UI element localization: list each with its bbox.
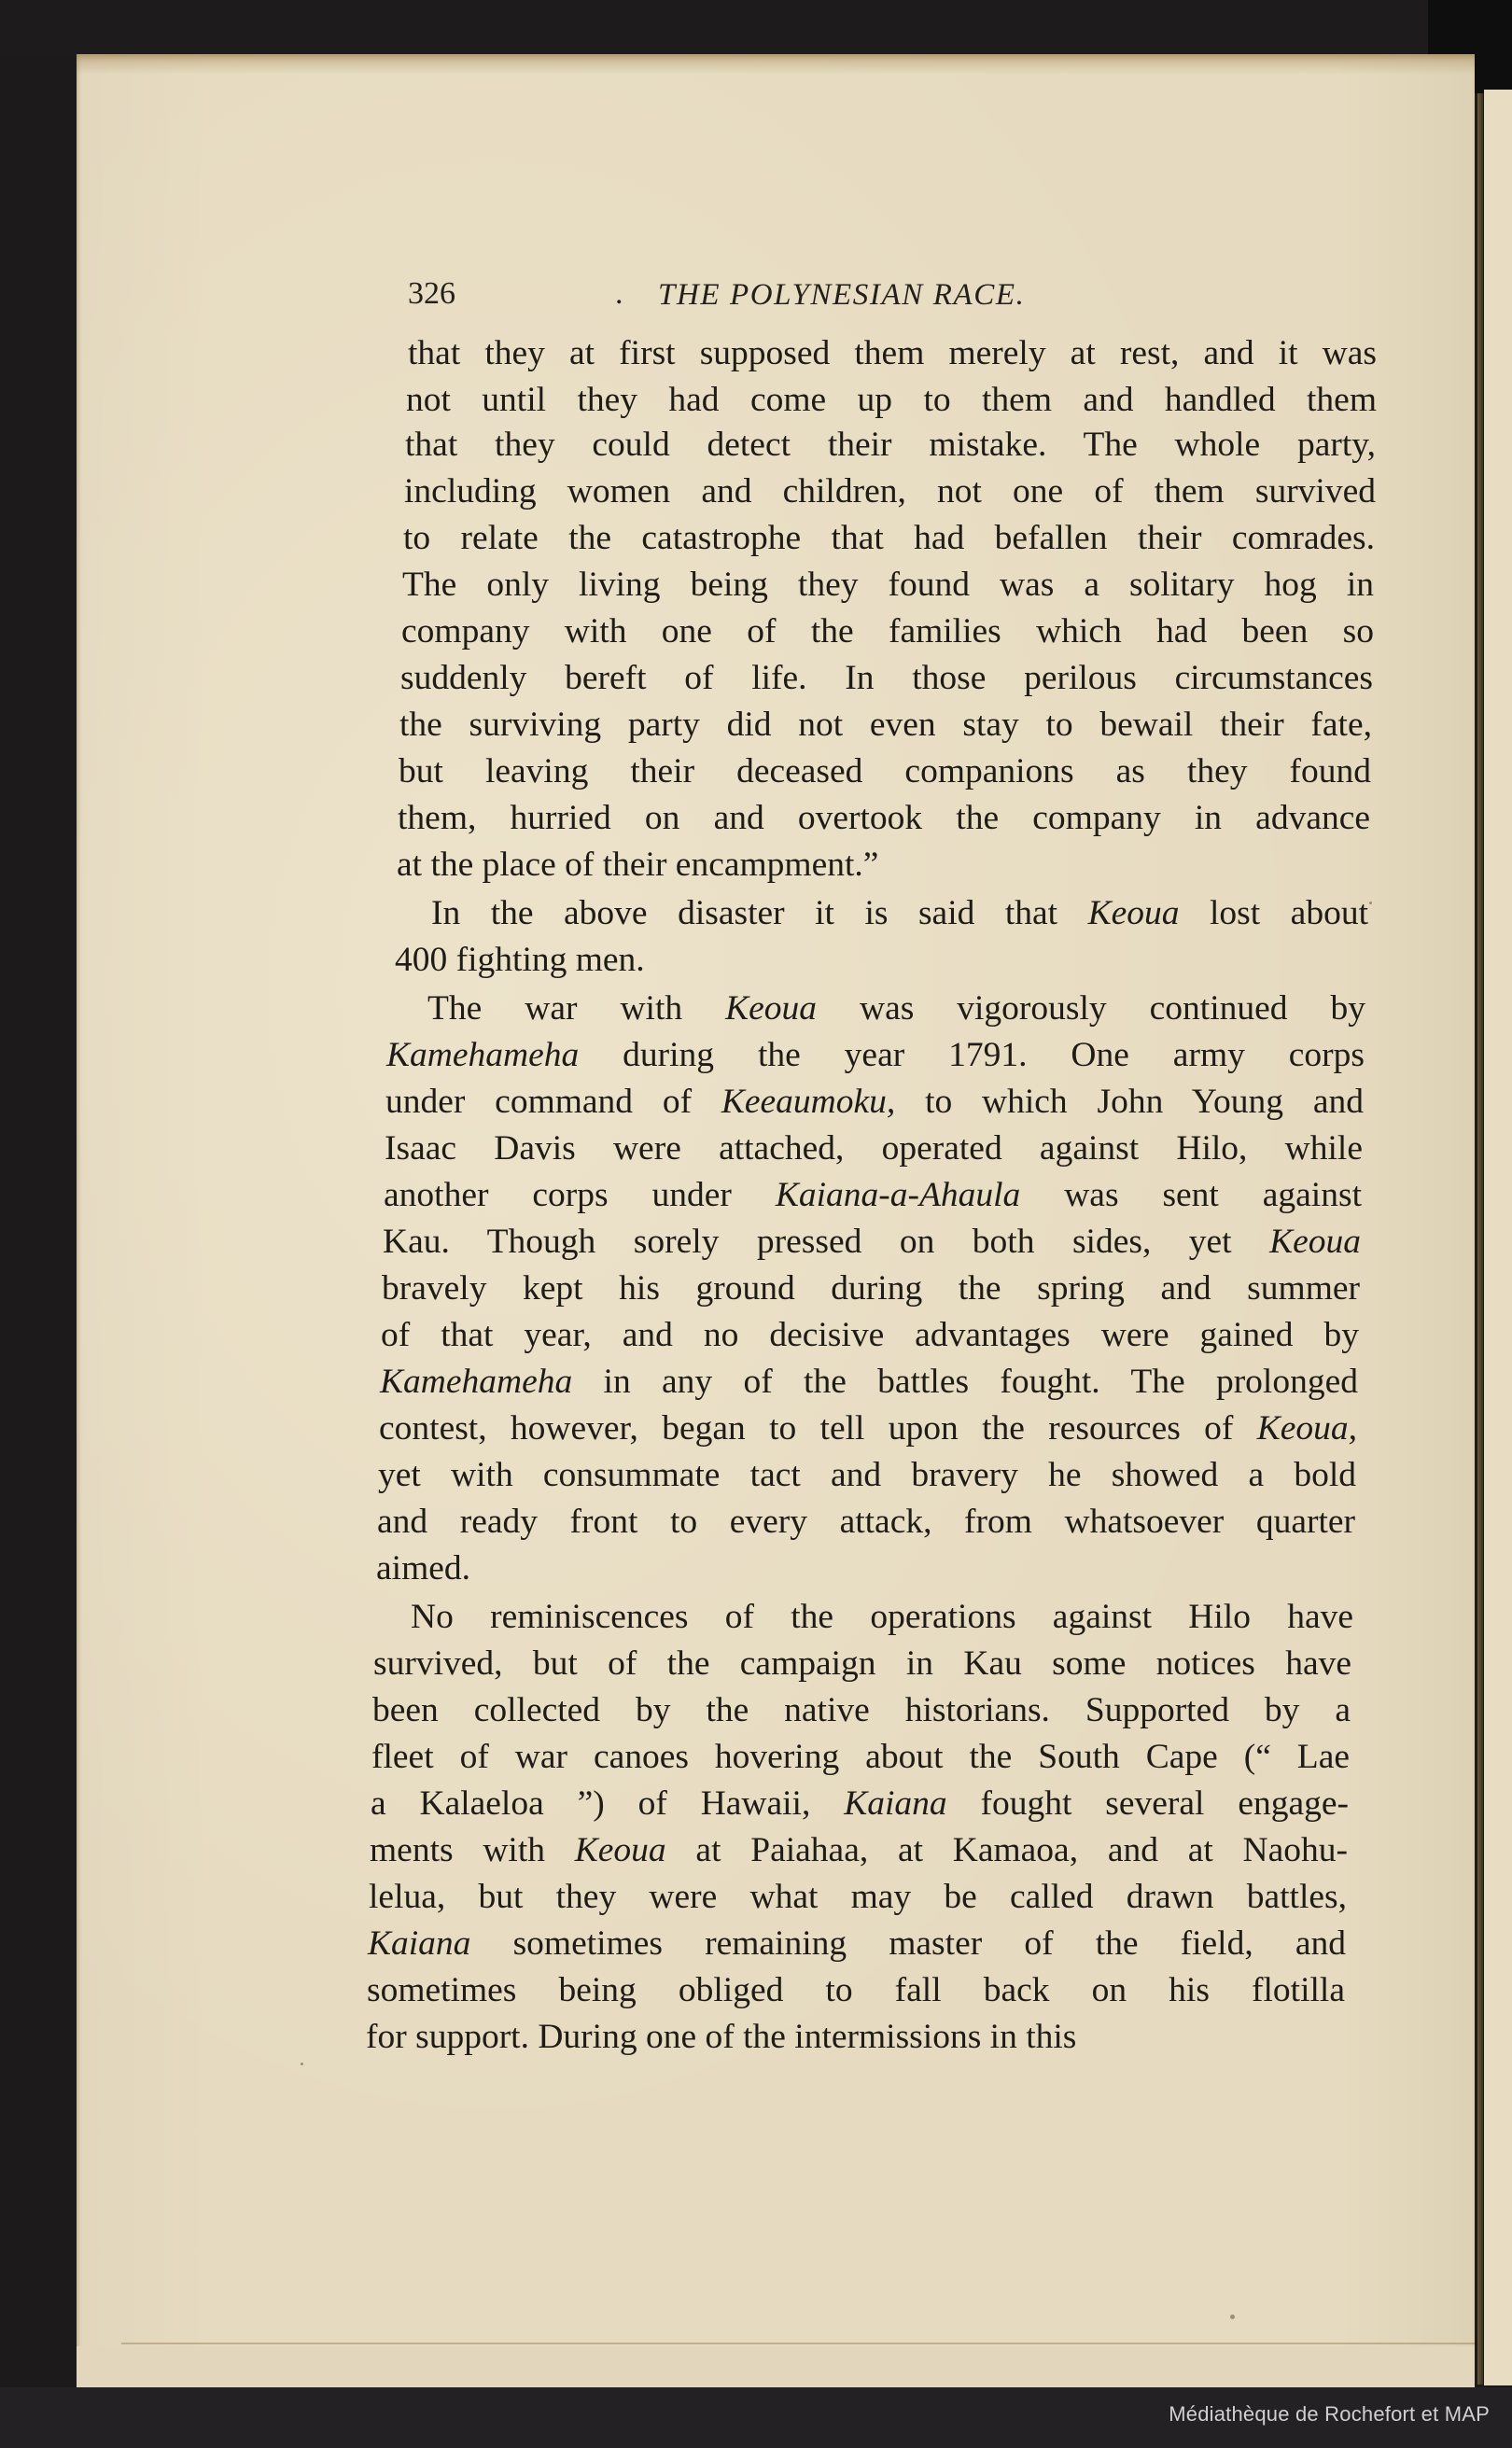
text-line: yet with consummate tact and bravery he … <box>378 1454 1356 1497</box>
paper-speck <box>301 2063 303 2065</box>
text-line: to relate the catastrophe that had befal… <box>403 517 1375 560</box>
header-separator: . <box>615 276 623 312</box>
text-line: Isaac Davis were attached, operated agai… <box>385 1127 1363 1170</box>
library-credit: Médiathèque de Rochefort et MAP <box>1169 2402 1490 2427</box>
running-head: 326 . THE POLYNESIAN RACE. <box>408 276 1145 323</box>
text-line: bravely kept his ground during the sprin… <box>382 1267 1360 1310</box>
text-line: but leaving their deceased companions as… <box>399 750 1371 793</box>
text-line: Kamehameha during the year 1791. One arm… <box>386 1034 1365 1077</box>
text-line: that they at first supposed them merely … <box>408 332 1377 375</box>
text-line: 400 fighting men. <box>395 939 1368 982</box>
deckle-edge-line <box>121 2343 1475 2344</box>
text-line: The only living being they found was a s… <box>402 564 1374 607</box>
text-line: fleet of war canoes hovering about the S… <box>371 1736 1350 1779</box>
paper-speck <box>1369 902 1372 904</box>
text-line: the surviving party did not even stay to… <box>399 704 1372 747</box>
proper-name: Keoua <box>575 1831 666 1869</box>
proper-name: Keoua <box>1088 894 1180 932</box>
text-line: and ready front to every attack, from wh… <box>377 1501 1355 1544</box>
text-line: The war with Keoua was vigorously contin… <box>392 987 1365 1030</box>
text-line: of that year, and no decisive advantages… <box>381 1314 1359 1357</box>
text-line: lelua, but they were what may be called … <box>369 1876 1347 1919</box>
text-line: another corps under Kaiana-a-Ahaula was … <box>384 1174 1362 1217</box>
text-line: aimed. <box>376 1547 1355 1590</box>
text-line: under command of Keeaumoku, to which Joh… <box>385 1081 1364 1124</box>
running-title: THE POLYNESIAN RACE. <box>658 278 1025 313</box>
text-line: been collected by the native historians.… <box>372 1689 1351 1732</box>
paper-speck <box>1230 2315 1235 2319</box>
text-line: Kau. Though sorely pressed on both sides… <box>383 1221 1361 1264</box>
proper-name: Keoua <box>725 989 817 1028</box>
text-line: Kaiana sometimes remaining master of the… <box>368 1923 1346 1965</box>
proper-name: Kamehameha <box>380 1363 572 1401</box>
proper-name: Keeaumoku, <box>721 1083 895 1121</box>
facing-page-edge <box>1484 90 1512 2385</box>
page-top-stain <box>77 54 1475 75</box>
text-line: suddenly bereft of life. In those perilo… <box>400 657 1373 700</box>
proper-name: Keoua <box>1269 1223 1361 1261</box>
scan-backdrop <box>0 0 1512 56</box>
page-number: 326 <box>408 276 455 312</box>
text-line: contest, however, began to tell upon the… <box>379 1407 1357 1450</box>
proper-name: Keoua, <box>1257 1409 1357 1448</box>
text-line: for support. During one of the intermiss… <box>366 2016 1344 2059</box>
text-line: In the above disaster it is said that Ke… <box>396 892 1368 935</box>
page-bottom-fold <box>77 2346 1475 2387</box>
page-gutter <box>1477 93 1483 2385</box>
text-line: sometimes being obliged to fall back on … <box>367 1969 1345 2012</box>
text-line: not until they had come up to them and h… <box>406 379 1377 422</box>
text-line: at the place of their encampment.” <box>397 844 1370 887</box>
text-line: survived, but of the campaign in Kau som… <box>373 1643 1351 1686</box>
text-line: ments with Keoua at Paiahaa, at Kamaoa, … <box>370 1829 1348 1872</box>
text-line: a Kalaeloa ”) of Hawaii, Kaiana fought s… <box>371 1783 1349 1826</box>
text-line: company with one of the families which h… <box>401 610 1374 653</box>
proper-name: Kaiana <box>844 1784 946 1823</box>
proper-name: Kaiana-a-Ahaula <box>776 1176 1020 1214</box>
text-line: No reminiscences of the operations again… <box>375 1596 1353 1639</box>
text-line: them, hurried on and overtook the compan… <box>398 797 1370 840</box>
text-line: that they could detect their mistake. Th… <box>405 424 1376 467</box>
text-line: Kamehameha in any of the battles fought.… <box>380 1361 1358 1404</box>
text-line: including women and children, not one of… <box>404 470 1376 513</box>
proper-name: Kaiana <box>368 1924 470 1963</box>
proper-name: Kamehameha <box>386 1036 579 1074</box>
